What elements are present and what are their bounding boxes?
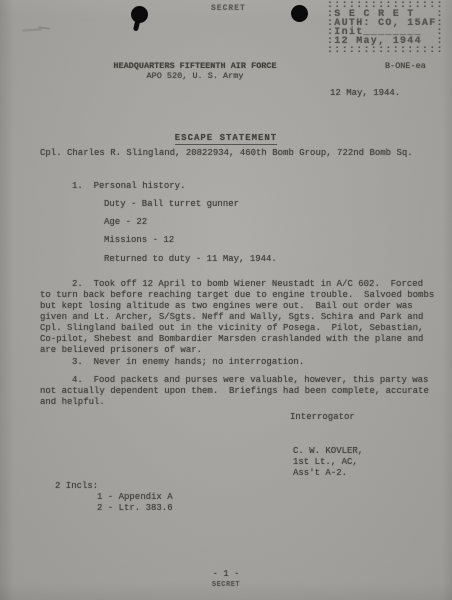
office-symbol: B-ONE-ea bbox=[385, 61, 426, 72]
letterhead-line2: APO 520, U. S. Army bbox=[20, 71, 370, 82]
title-wrap: ESCAPE STATEMENT bbox=[0, 127, 452, 145]
signature-title: Ass't A-2. bbox=[293, 468, 347, 479]
signature-rank: 1st Lt., AC, bbox=[293, 457, 358, 468]
paragraph-2: 2. Took off 12 April to bomb Wiener Neus… bbox=[40, 279, 435, 356]
document-page: SECRET :::::::::::::::: :S E C R E T : :… bbox=[0, 0, 452, 600]
enclosures-heading: 2 Incls: bbox=[55, 481, 98, 492]
enclosure-item-1: 1 - Appendix A bbox=[97, 492, 173, 503]
interrogator-label: Interrogator bbox=[290, 412, 355, 423]
section1-item-missions: Missions - 12 bbox=[104, 235, 174, 246]
section1-heading: 1. Personal history. bbox=[72, 181, 185, 192]
punch-hole-left bbox=[131, 6, 148, 23]
paragraph-4: 4. Food packets and purses were valuable… bbox=[40, 375, 435, 408]
document-title: ESCAPE STATEMENT bbox=[175, 133, 277, 145]
secret-stamp-bottom: SECRET bbox=[0, 580, 452, 591]
section1-item-duty: Duty - Ball turret gunner bbox=[104, 199, 239, 210]
signature-name: C. W. KOVLER, bbox=[293, 446, 363, 457]
pencil-mark bbox=[22, 28, 42, 31]
punch-hole-left-tail bbox=[133, 21, 140, 32]
page-number: - 1 - bbox=[0, 569, 452, 580]
secret-stamp-top: SECRET bbox=[211, 3, 246, 14]
section1-item-returned: Returned to duty - 11 May, 1944. bbox=[104, 254, 277, 265]
subject-line: Cpl. Charles R. Slingland, 20822934, 460… bbox=[40, 148, 413, 159]
punch-hole-right bbox=[291, 5, 308, 22]
classification-box: :::::::::::::::: :S E C R E T : :AUTH: C… bbox=[327, 1, 444, 55]
classification-box-line: :::::::::::::::: bbox=[327, 45, 444, 56]
paragraph-3: 3. Never in enemy hands; no interrogatio… bbox=[40, 357, 435, 368]
section1-item-age: Age - 22 bbox=[104, 217, 147, 228]
document-date: 12 May, 1944. bbox=[330, 88, 400, 99]
enclosure-item-2: 2 - Ltr. 383.6 bbox=[97, 503, 173, 514]
